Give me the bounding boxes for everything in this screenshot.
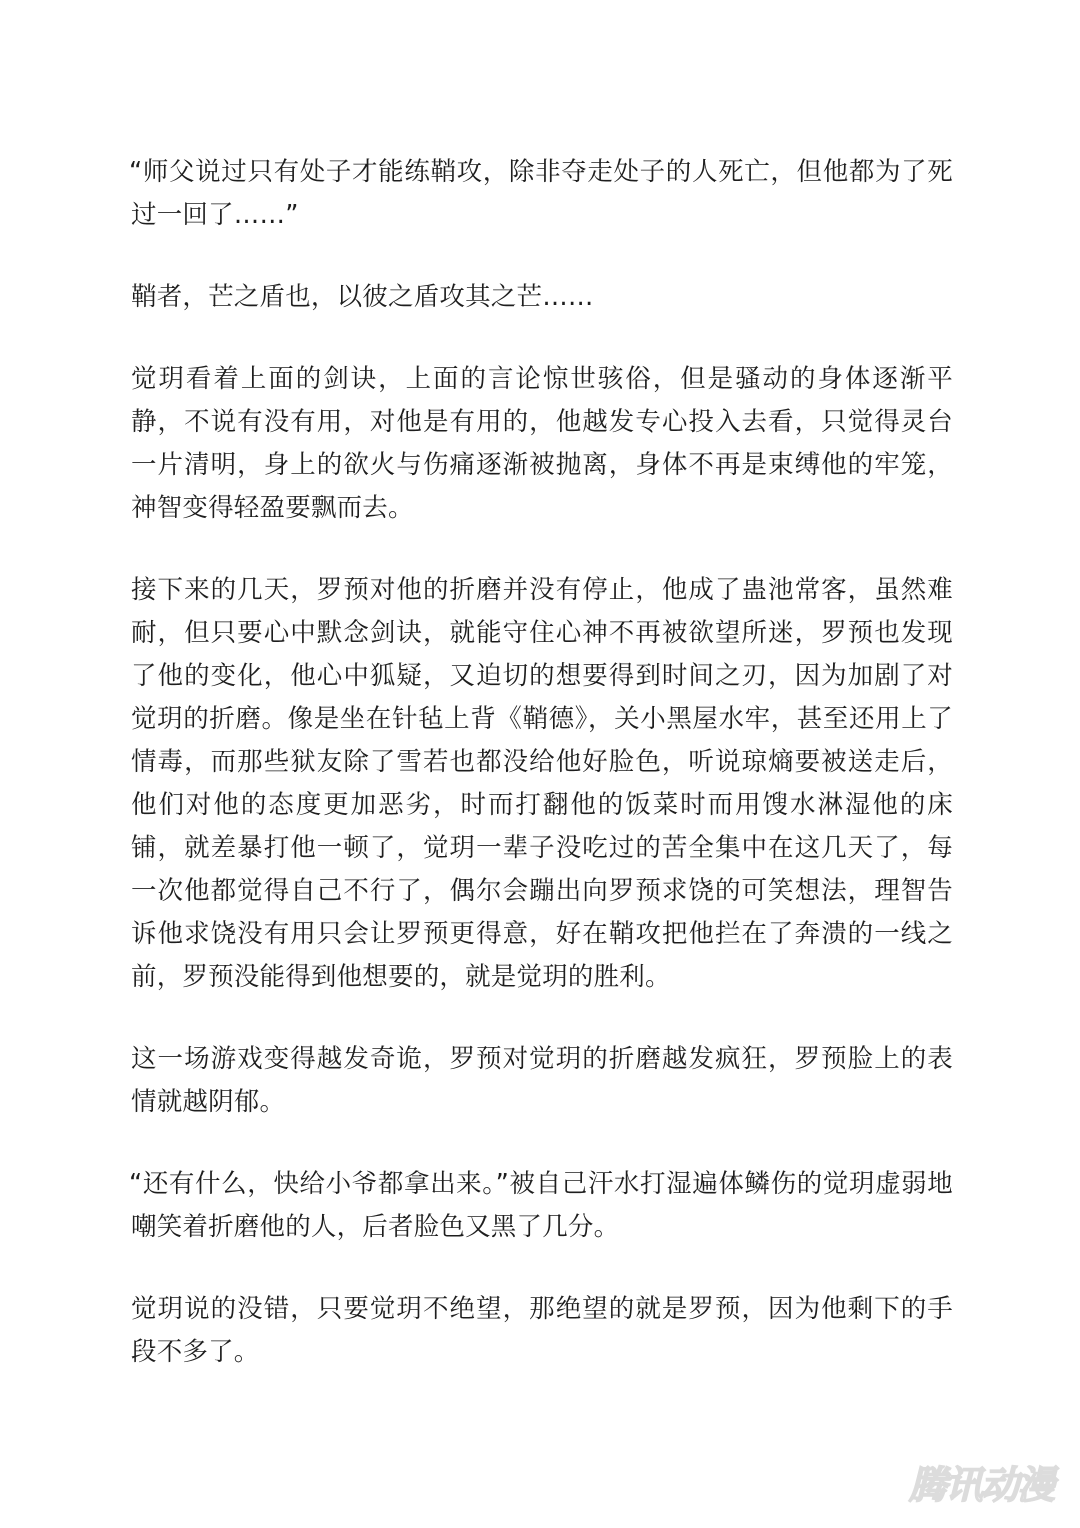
- paragraph-5: 这一场游戏变得越发奇诡，罗预对觉玥的折磨越发疯狂，罗预脸上的表情就越阴郁。: [131, 1038, 953, 1124]
- paragraph-6: “还有什么，快给小爷都拿出来。”被自己汗水打湿遍体鳞伤的觉玥虚弱地嘲笑着折磨他的…: [131, 1163, 953, 1249]
- paragraph-1: “师父说过只有处子才能练鞘攻，除非夺走处子的人死亡，但他都为了死过一回了……”: [131, 151, 953, 237]
- paragraph-7: 觉玥说的没错，只要觉玥不绝望，那绝望的就是罗预，因为他剩下的手段不多了。: [131, 1288, 953, 1374]
- paragraph-2: 鞘者，芒之盾也，以彼之盾攻其之芒……: [131, 276, 953, 319]
- paragraph-4: 接下来的几天，罗预对他的折磨并没有停止，他成了蛊池常客，虽然难耐，但只要心中默念…: [131, 569, 953, 999]
- paragraph-3: 觉玥看着上面的剑诀，上面的言论惊世骇俗，但是骚动的身体逐渐平静，不说有没有用，对…: [131, 358, 953, 530]
- watermark-logo: 腾讯动漫: [892, 1462, 1070, 1508]
- document-body: “师父说过只有处子才能练鞘攻，除非夺走处子的人死亡，但他都为了死过一回了……” …: [131, 151, 953, 1413]
